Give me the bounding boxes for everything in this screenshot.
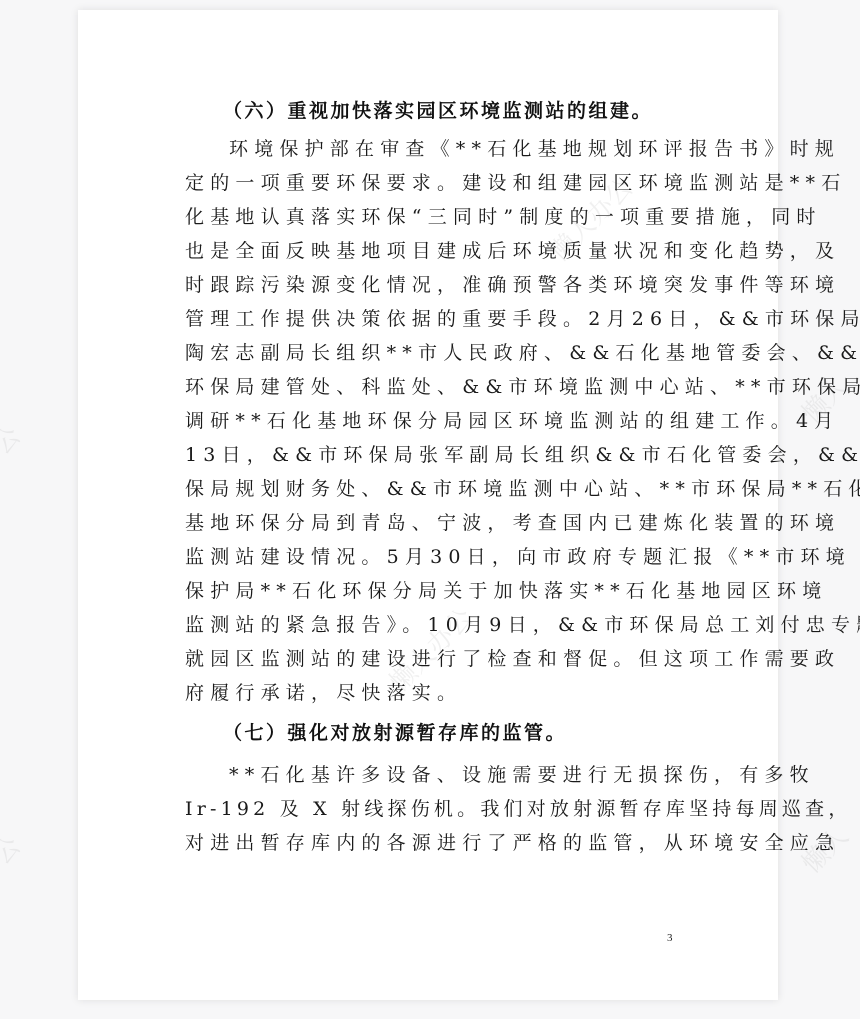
- paragraph-line: 陶宏志副局长组织**市人民政府、&&石化基地管委会、&&市: [185, 338, 675, 368]
- paragraph-line: **石化基许多设备、设施需要进行无损探伤，有多牧: [185, 760, 675, 790]
- section-heading: （六）重视加快落实园区环境监测站的组建。: [223, 96, 653, 126]
- paragraph-line: 监测站建设情况。5月30日，向市政府专题汇报《**市环境: [185, 542, 675, 572]
- page-number: 3: [667, 932, 673, 944]
- paragraph-line: 对进出暂存库内的各源进行了严格的监管，从环境安全应急: [185, 828, 675, 858]
- paragraph-line: 化基地认真落实环保“三同时”制度的一项重要措施，同时: [185, 202, 675, 232]
- paragraph-line: 环境保护部在审查《**石化基地规划环评报告书》时规: [185, 134, 675, 164]
- paragraph-line: 也是全面反映基地项目建成后环境质量状况和变化趋势，及: [185, 236, 675, 266]
- document-page: 懒人办公 懒人办公 （六）重视加快落实园区环境监测站的组建。 环境保护部在审查《…: [78, 10, 778, 1000]
- paragraph-line: 定的一项重要环保要求。建设和组建园区环境监测站是**石: [185, 168, 675, 198]
- watermark: 办公: [0, 417, 27, 480]
- paragraph-line: 监测站的紧急报告》。10月9日，&&市环保局总工刘付忠专题: [185, 610, 675, 640]
- paragraph-line: 13日，&&市环保局张军副局长组织&&市石化管委会，&&市环: [185, 440, 675, 470]
- watermark: 办公: [0, 827, 27, 890]
- paragraph-line: 就园区监测站的建设进行了检查和督促。但这项工作需要政: [185, 644, 675, 674]
- paragraph-line: 时跟踪污染源变化情况，准确预警各类环境突发事件等环境: [185, 270, 675, 300]
- paragraph-line: 保护局**石化环保分局关于加快落实**石化基地园区环境: [185, 576, 675, 606]
- paragraph-line: 管理工作提供决策依据的重要手段。2月26日，&&市环保局: [185, 304, 675, 334]
- paragraph-line: 环保局建管处、科监处、&&市环境监测中心站、**市环保局: [185, 372, 675, 402]
- paragraph-line: 保局规划财务处、&&市环境监测中心站、**市环保局**石化: [185, 474, 675, 504]
- paragraph-line: Ir-192 及 X 射线探伤机。我们对放射源暂存库坚持每周巡查，: [185, 794, 675, 824]
- section-heading: （七）强化对放射源暂存库的监管。: [223, 718, 567, 748]
- paragraph-line: 基地环保分局到青岛、宁波，考查国内已建炼化装置的环境: [185, 508, 675, 538]
- paragraph-line: 调研**石化基地环保分局园区环境监测站的组建工作。4月: [185, 406, 675, 436]
- paragraph-line: 府履行承诺，尽快落实。: [185, 678, 675, 708]
